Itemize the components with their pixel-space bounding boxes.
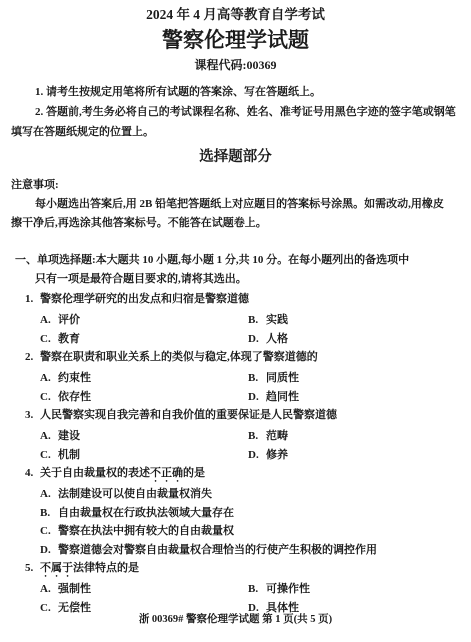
instruction-2-line-1: 2. 答题前,考生务必将自己的考试课程名称、姓名、准考证号用黑色字迹的签字笔或钢… bbox=[35, 102, 471, 122]
option-label: B. bbox=[248, 427, 266, 446]
course-code: 课程代码:00369 bbox=[0, 57, 471, 73]
option-label: B. bbox=[40, 504, 58, 523]
option-label: D. bbox=[248, 330, 266, 349]
question-3: 3.人民警察实现自我完善和自我价值的重要保证是人民警察道德 A.建设 B.范畴 … bbox=[0, 406, 471, 464]
question-5-stem: 5.不属于法律特点的是 bbox=[25, 559, 471, 580]
notice-label: 注意事项: bbox=[11, 176, 471, 195]
option-text: 评价 bbox=[58, 314, 80, 326]
option-a: A.法制建设可以使自由裁量权消失 bbox=[40, 485, 471, 504]
option-label: C. bbox=[40, 388, 58, 407]
stem-emphasis: 不正确 bbox=[150, 467, 183, 479]
exam-paper-page: 2024 年 4 月高等教育自学考试 警察伦理学试题 课程代码:00369 1.… bbox=[0, 0, 471, 642]
notice-line-2: 擦干净后,再选涂其他答案标号。不能答在试题卷上。 bbox=[11, 214, 471, 233]
question-1: 1.警察伦理学研究的出发点和归宿是警察道德 A.评价 B.实践 C.教育 D.人… bbox=[0, 290, 471, 348]
stem-text: 关于自由裁量权的表述 bbox=[40, 467, 150, 479]
option-d: D.修养 bbox=[248, 446, 471, 465]
part-one-heading-line-1: 一、单项选择题:本大题共 10 小题,每小题 1 分,共 10 分。在每小题列出… bbox=[15, 251, 471, 270]
option-d: D.趋同性 bbox=[248, 388, 471, 407]
option-label: B. bbox=[248, 311, 266, 330]
option-text: 机制 bbox=[58, 449, 80, 461]
option-text: 实践 bbox=[266, 314, 288, 326]
question-2-options: A.约束性 B.同质性 C.依存性 D.趋同性 bbox=[40, 369, 471, 406]
question-number: 4. bbox=[25, 464, 40, 483]
option-label: A. bbox=[40, 427, 58, 446]
question-number: 5. bbox=[25, 559, 40, 578]
option-a: A.约束性 bbox=[40, 369, 248, 388]
option-label: B. bbox=[248, 580, 266, 599]
option-label: C. bbox=[40, 446, 58, 465]
option-d: D.警察道德会对警察自由裁量权合理恰当的行使产生积极的调控作用 bbox=[40, 541, 471, 560]
stem-text: 人民警察实现自我完善和自我价值的重要保证是人民警察道德 bbox=[40, 409, 337, 421]
option-b: B.自由裁量权在行政执法领域大量存在 bbox=[40, 504, 471, 523]
option-label: D. bbox=[248, 446, 266, 465]
option-text: 同质性 bbox=[266, 372, 299, 384]
notice-block: 注意事项: 每小题选出答案后,用 2B 铅笔把答题纸上对应题目的答案标号涂黑。如… bbox=[0, 176, 471, 233]
option-text: 人格 bbox=[266, 333, 288, 345]
candidate-instructions: 1. 请考生按规定用笔将所有试题的答案涂、写在答题纸上。 2. 答题前,考生务必… bbox=[0, 82, 471, 142]
paper-title: 警察伦理学试题 bbox=[0, 27, 471, 54]
option-text: 可操作性 bbox=[266, 583, 310, 595]
option-c: C.警察在执法中拥有较大的自由裁量权 bbox=[40, 522, 471, 541]
exam-session-line: 2024 年 4 月高等教育自学考试 bbox=[0, 6, 471, 23]
option-label: B. bbox=[248, 369, 266, 388]
stem-text-post: 的是 bbox=[183, 467, 205, 479]
option-text: 范畴 bbox=[266, 430, 288, 442]
part-one-heading-line-2: 只有一项是最符合题目要求的,请将其选出。 bbox=[35, 270, 471, 289]
part-one-heading: 一、单项选择题:本大题共 10 小题,每小题 1 分,共 10 分。在每小题列出… bbox=[0, 251, 471, 289]
option-text: 趋同性 bbox=[266, 391, 299, 403]
paper-header: 2024 年 4 月高等教育自学考试 警察伦理学试题 课程代码:00369 bbox=[0, 0, 471, 73]
question-3-stem: 3.人民警察实现自我完善和自我价值的重要保证是人民警察道德 bbox=[25, 406, 471, 427]
question-5: 5.不属于法律特点的是 A.强制性 B.可操作性 C.无偿性 D.具体性 bbox=[0, 559, 471, 617]
instruction-2-line-2: 填写在答题纸规定的位置上。 bbox=[11, 122, 471, 142]
option-c: C.机制 bbox=[40, 446, 248, 465]
page-footer: 浙 00369# 警察伦理学试题 第 1 页(共 5 页) bbox=[0, 611, 471, 626]
option-label: A. bbox=[40, 580, 58, 599]
option-a: A.强制性 bbox=[40, 580, 248, 599]
question-number: 3. bbox=[25, 406, 40, 425]
option-text: 依存性 bbox=[58, 391, 91, 403]
instruction-1: 1. 请考生按规定用笔将所有试题的答案涂、写在答题纸上。 bbox=[35, 82, 471, 102]
option-label: D. bbox=[40, 541, 58, 560]
option-text: 自由裁量权在行政执法领域大量存在 bbox=[58, 507, 234, 519]
question-1-stem: 1.警察伦理学研究的出发点和归宿是警察道德 bbox=[25, 290, 471, 311]
question-number: 2. bbox=[25, 348, 40, 367]
option-text: 建设 bbox=[58, 430, 80, 442]
option-text: 法制建设可以使自由裁量权消失 bbox=[58, 488, 212, 500]
option-text: 修养 bbox=[266, 449, 288, 461]
option-d: D.人格 bbox=[248, 330, 471, 349]
question-3-options: A.建设 B.范畴 C.机制 D.修养 bbox=[40, 427, 471, 464]
question-4-options: A.法制建设可以使自由裁量权消失 B.自由裁量权在行政执法领域大量存在 C.警察… bbox=[40, 485, 471, 559]
option-label: C. bbox=[40, 330, 58, 349]
question-number: 1. bbox=[25, 290, 40, 309]
option-label: A. bbox=[40, 485, 58, 504]
stem-text: 警察在职责和职业关系上的类似与稳定,体现了警察道德的 bbox=[40, 351, 318, 363]
option-text: 教育 bbox=[58, 333, 80, 345]
option-text: 强制性 bbox=[58, 583, 91, 595]
section-heading: 选择题部分 bbox=[0, 147, 471, 167]
question-2: 2.警察在职责和职业关系上的类似与稳定,体现了警察道德的 A.约束性 B.同质性… bbox=[0, 348, 471, 406]
option-label: D. bbox=[248, 388, 266, 407]
option-a: A.评价 bbox=[40, 311, 248, 330]
option-b: B.实践 bbox=[248, 311, 471, 330]
stem-text: 警察伦理学研究的出发点和归宿是警察道德 bbox=[40, 293, 249, 305]
notice-line-1: 每小题选出答案后,用 2B 铅笔把答题纸上对应题目的答案标号涂黑。如需改动,用橡… bbox=[35, 195, 471, 214]
option-label: A. bbox=[40, 369, 58, 388]
option-c: C.依存性 bbox=[40, 388, 248, 407]
stem-emphasis: 不属于 bbox=[40, 562, 73, 574]
option-label: A. bbox=[40, 311, 58, 330]
option-b: B.可操作性 bbox=[248, 580, 471, 599]
option-b: B.范畴 bbox=[248, 427, 471, 446]
option-b: B.同质性 bbox=[248, 369, 471, 388]
question-4: 4.关于自由裁量权的表述不正确的是 A.法制建设可以使自由裁量权消失 B.自由裁… bbox=[0, 464, 471, 559]
option-label: C. bbox=[40, 522, 58, 541]
option-text: 警察在执法中拥有较大的自由裁量权 bbox=[58, 525, 234, 537]
question-2-stem: 2.警察在职责和职业关系上的类似与稳定,体现了警察道德的 bbox=[25, 348, 471, 369]
option-text: 警察道德会对警察自由裁量权合理恰当的行使产生积极的调控作用 bbox=[58, 544, 377, 556]
stem-text-post: 法律特点的是 bbox=[73, 562, 139, 574]
option-c: C.教育 bbox=[40, 330, 248, 349]
option-a: A.建设 bbox=[40, 427, 248, 446]
question-4-stem: 4.关于自由裁量权的表述不正确的是 bbox=[25, 464, 471, 485]
option-text: 约束性 bbox=[58, 372, 91, 384]
question-1-options: A.评价 B.实践 C.教育 D.人格 bbox=[40, 311, 471, 348]
question-list: 1.警察伦理学研究的出发点和归宿是警察道德 A.评价 B.实践 C.教育 D.人… bbox=[0, 290, 471, 617]
